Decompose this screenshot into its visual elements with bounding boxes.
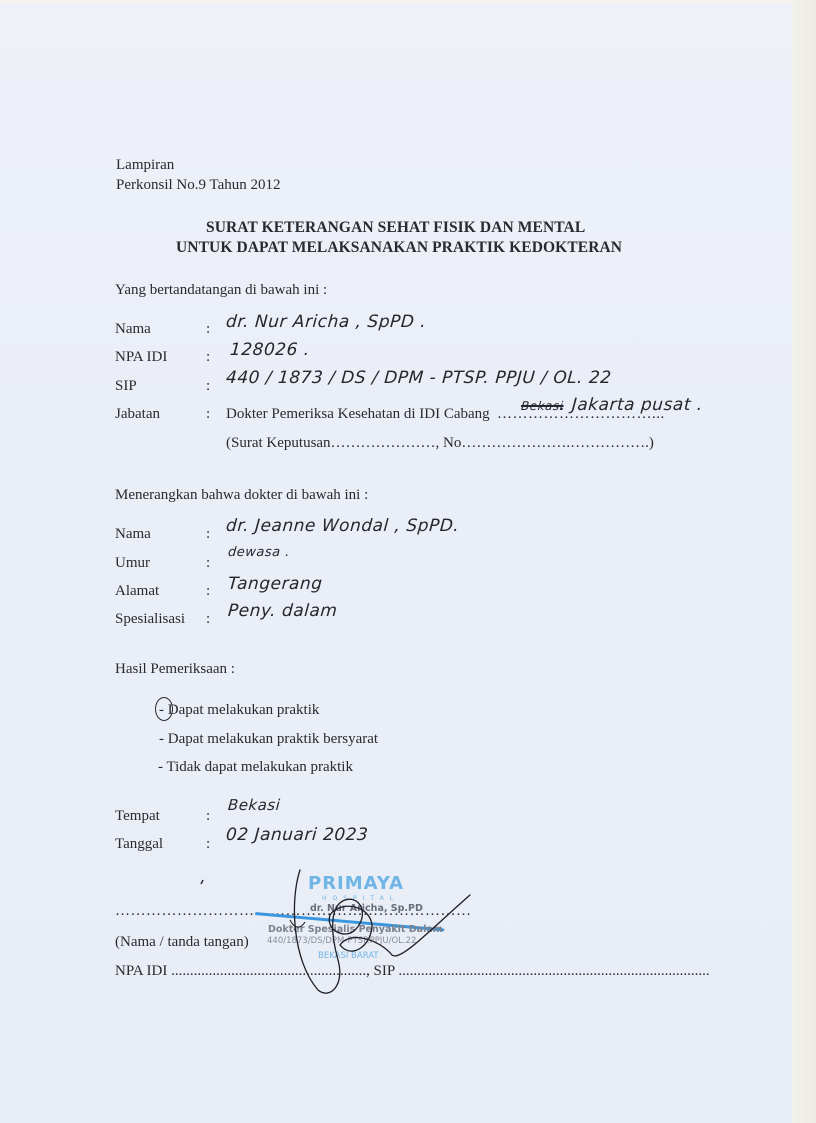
signer-intro: Yang bertandatangan di bawah ini :	[115, 281, 327, 299]
colon: :	[206, 348, 210, 366]
colon: :	[206, 554, 210, 572]
document-title-line2: UNTUK DAPAT MELAKSANAKAN PRAKTIK KEDOKTE…	[176, 239, 622, 257]
subject-nama-label: Nama	[115, 525, 151, 543]
stamp-sip: 440/1873/DS/DPM-PTSP.PPJU/OL.22	[267, 936, 416, 946]
colon: :	[206, 807, 210, 825]
result-option-3: - Tidak dapat melakukan praktik	[158, 758, 353, 776]
subject-nama-value: dr. Jeanne Wondal , SpPD.	[225, 516, 460, 536]
signer-jabatan-label: Jabatan	[115, 405, 160, 423]
signer-npa-value: 128026 .	[229, 340, 310, 360]
stamp-logo-sub: HOSPITAL	[322, 895, 399, 902]
subject-spesialisasi-label: Spesialisasi	[115, 610, 185, 628]
colon: :	[206, 320, 210, 338]
signer-nama-label: Nama	[115, 320, 151, 338]
colon: :	[206, 377, 210, 395]
signer-sip-label: SIP	[115, 377, 137, 395]
scanner-edge	[792, 0, 816, 1123]
lampiran-label: Lampiran	[116, 156, 174, 174]
signer-npa-label: NPA IDI	[115, 348, 167, 366]
sip-line: , SIP ..................................…	[366, 962, 710, 980]
document-title-line1: SURAT KETERANGAN SEHAT FISIK DAN MENTAL	[206, 219, 585, 237]
result-option-2: - Dapat melakukan praktik bersyarat	[159, 730, 378, 748]
subject-intro: Menerangkan bahwa dokter di bawah ini :	[115, 486, 368, 504]
stamp-area: BEKASI BARAT	[318, 951, 379, 961]
npa-idi-line: NPA IDI ................................…	[115, 962, 370, 980]
signer-jabatan-text: Dokter Pemeriksa Kesehatan di IDI Cabang	[226, 405, 490, 423]
tanggal-value: 02 Januari 2023	[225, 825, 369, 845]
tempat-value: Bekasi	[227, 796, 281, 814]
colon: :	[206, 525, 210, 543]
subject-umur-value: dewasa .	[227, 545, 290, 560]
subject-spesialisasi-value: Peny. dalam	[227, 601, 338, 621]
result-label: Hasil Pemeriksaan :	[115, 660, 235, 678]
colon: :	[206, 835, 210, 853]
subject-alamat-value: Tangerang	[227, 574, 323, 594]
stamp-logo: PRIMAYA	[308, 873, 404, 894]
regulation-reference: Perkonsil No.9 Tahun 2012	[116, 176, 281, 194]
subject-umur-label: Umur	[115, 554, 150, 572]
page-top-edge	[0, 0, 792, 3]
signer-sip-value: 440 / 1873 / DS / DPM - PTSP. PPJU / OL.…	[225, 368, 612, 388]
stamp-doctor-title: Dokter Spesialis Penyakit Dalam	[268, 924, 443, 935]
result-option-1: - Dapat melakukan praktik	[159, 701, 319, 719]
signer-nama-value: dr. Nur Aricha , SpPD .	[225, 312, 427, 332]
colon: :	[206, 582, 210, 600]
cabang-value: . Jakarta pusat .	[559, 395, 703, 415]
colon: :	[206, 405, 210, 423]
signature-caption: (Nama / tanda tangan)	[115, 933, 249, 951]
tanggal-label: Tanggal	[115, 835, 163, 853]
subject-alamat-label: Alamat	[115, 582, 159, 600]
tempat-label: Tempat	[115, 807, 160, 825]
surat-keputusan-line: (Surat Keputusan…………………, No………………….………………	[226, 434, 654, 452]
colon: :	[206, 610, 210, 628]
cabang-struck-value: Bekasi	[521, 399, 564, 413]
stamp-doctor-name: dr. Nur Aricha, Sp.PD	[310, 903, 423, 914]
